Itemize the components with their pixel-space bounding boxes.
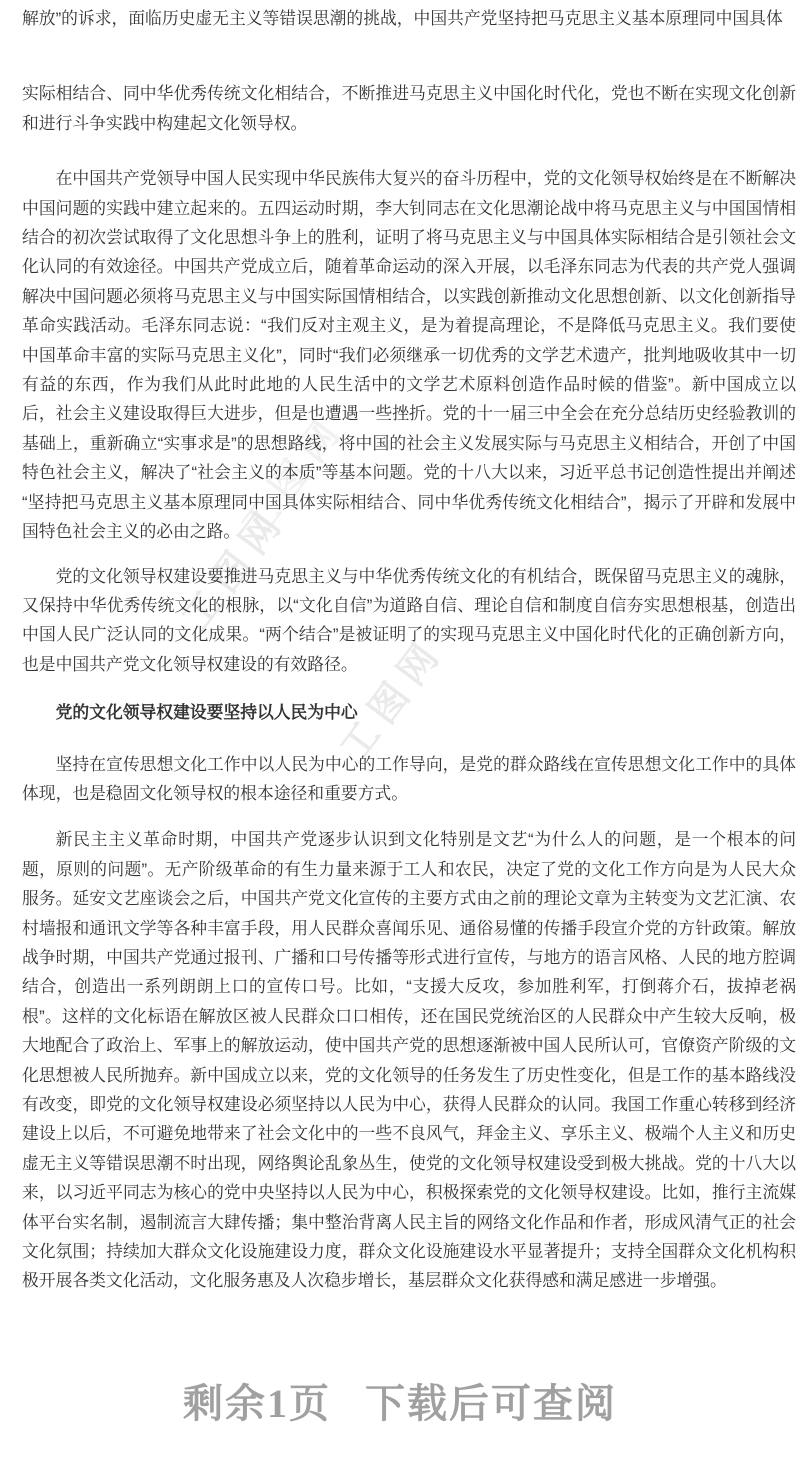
- document-paragraph: 坚持在宣传思想文化工作中以人民为中心的工作导向，是党的群众路线在宣传思想文化工作…: [22, 750, 796, 809]
- document-paragraph: 在中国共产党领导中国人民实现中华民族伟大复兴的奋斗历程中，党的文化领导权始终是在…: [22, 164, 796, 546]
- document-paragraph: 党的文化领导权建设要推进马克思主义与中华优秀传统文化的有机结合，既保留马克思主义…: [22, 562, 796, 680]
- download-hint-label: 下载后可查阅: [365, 1381, 617, 1426]
- preview-footer: 剩余1页下载后可查阅: [0, 1381, 800, 1427]
- document-body: 解放”的诉求，面临历史虚无主义等错误思潮的挑战，中国共产党坚持把马克思主义基本原…: [0, 0, 800, 1296]
- section-heading: 党的文化领导权建设要坚持以人民为中心: [22, 698, 796, 727]
- remaining-pages-label: 剩余1页: [183, 1381, 331, 1426]
- document-paragraph-continuation: 实际相结合、同中华优秀传统文化相结合，不断推进马克思主义中国化时代化，党也不断在…: [22, 79, 796, 138]
- document-preview-page: 工图网 工图网 工图网 解放”的诉求，面临历史虚无主义等错误思潮的挑战，中国共产…: [0, 0, 800, 1480]
- document-paragraph-continuation-line: 解放”的诉求，面临历史虚无主义等错误思潮的挑战，中国共产党坚持把马克思主义基本原…: [22, 4, 796, 33]
- document-paragraph: 新民主主义革命时期，中国共产党逐步认识到文化特别是文艺“为什么人的问题，是一个根…: [22, 825, 796, 1296]
